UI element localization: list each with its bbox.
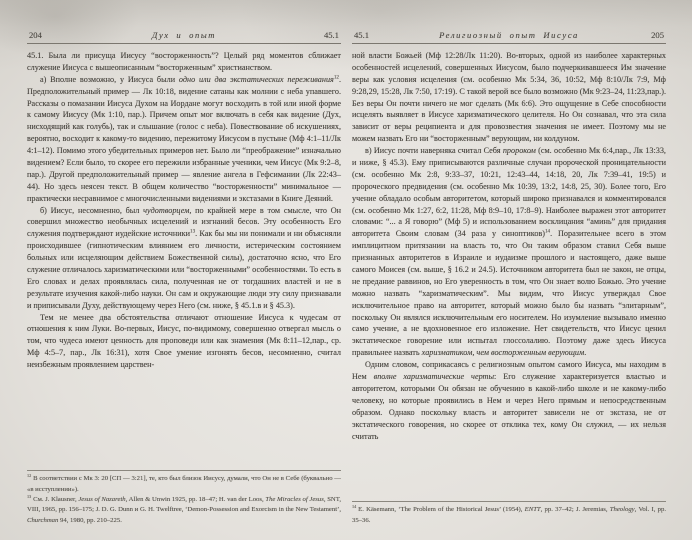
left-section-marker: 45.1 <box>309 30 339 40</box>
paragraph: в) Иисус почти наверняка считал Себя про… <box>352 145 666 359</box>
footnote: 14E. Käsemann, ‘The Problem of the Histo… <box>352 505 666 526</box>
right-page-body: ной власти Божьей (Мф 12:28/Лк 11:20). В… <box>352 50 666 442</box>
footnote: 13См. J. Klausner, Jesus of Nazareth, Al… <box>27 495 341 526</box>
right-page-header: 45.1 Религиозный опыт Иисуса 205 <box>352 30 666 44</box>
paragraph: б) Иисус, несомненно, был чудотворцем, п… <box>27 205 341 312</box>
right-section-marker: 45.1 <box>354 30 384 40</box>
left-page: 204 Дух и опыт 45.1 45.1. Была ли присущ… <box>27 30 341 526</box>
left-footnotes: 12В соответствии с Мк 3: 20 [СП — 3:21],… <box>27 470 341 526</box>
left-page-number: 204 <box>29 30 59 40</box>
left-page-header: 204 Дух и опыт 45.1 <box>27 30 341 44</box>
left-running-title: Дух и опыт <box>152 30 216 40</box>
book-spread: 204 Дух и опыт 45.1 45.1. Была ли присущ… <box>0 0 692 540</box>
paragraph: Тем не менее два обстоятельства отличают… <box>27 312 341 371</box>
footnote: 12В соответствии с Мк 3: 20 [СП — 3:21],… <box>27 474 341 495</box>
right-running-title: Религиозный опыт Иисуса <box>439 30 579 40</box>
paragraph: 45.1. Была ли присуща Иисусу “восторженн… <box>27 50 341 74</box>
paragraph: Одним словом, соприкасаясь с религиозным… <box>352 359 666 442</box>
right-page-number: 205 <box>634 30 664 40</box>
left-page-body: 45.1. Была ли присуща Иисусу “восторженн… <box>27 50 341 371</box>
right-page: 45.1 Религиозный опыт Иисуса 205 ной вла… <box>352 30 666 526</box>
right-footnotes: 14E. Käsemann, ‘The Problem of the Histo… <box>352 501 666 526</box>
paragraph: а) Вполне возможно, у Иисуса были одно и… <box>27 74 341 205</box>
paragraph: ной власти Божьей (Мф 12:28/Лк 11:20). В… <box>352 50 666 145</box>
